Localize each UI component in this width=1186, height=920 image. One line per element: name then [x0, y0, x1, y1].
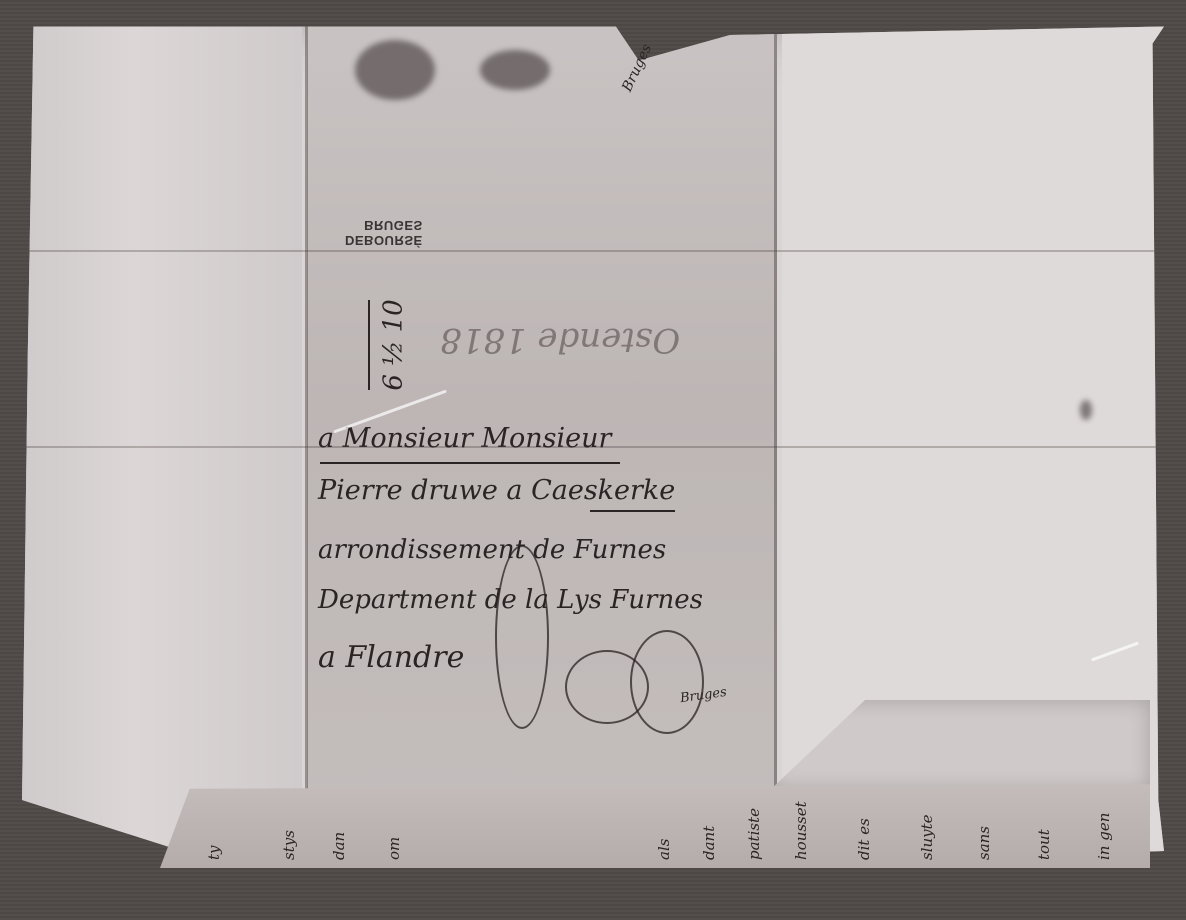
fragment-text: als — [655, 839, 673, 860]
address-line-5: a Flandre — [318, 640, 464, 675]
faint-notation: Ostende 1818 — [440, 320, 680, 360]
flourish-loop — [630, 630, 704, 734]
postal-stamp: DEBOURSÉ BRUGES — [345, 218, 423, 248]
fold-line — [22, 250, 1164, 252]
ink-stain — [480, 50, 550, 90]
address-line-1: a Monsieur Monsieur — [318, 423, 611, 454]
fragment-text: in gen — [1095, 813, 1113, 860]
fragment-text: sluyte — [918, 814, 936, 860]
fragment-text: housset — [792, 801, 810, 860]
fragment-text: tout — [1035, 829, 1053, 860]
fragment-text: stys — [280, 830, 298, 860]
address-line-3: arrondissement de Furnes — [318, 535, 666, 565]
rate-divider — [368, 300, 370, 390]
flourish-loop — [495, 545, 549, 729]
stamp-line-1: DEBOURSÉ — [345, 233, 423, 248]
ink-stain — [355, 40, 435, 100]
fragment-text: ty — [205, 845, 223, 860]
postal-rate: 6 ½ 10 — [379, 299, 409, 390]
address-line-2: Pierre druwe a Caeskerke — [318, 475, 675, 506]
fragment-text: patiste — [745, 808, 763, 860]
fragment-text: dit es — [855, 818, 873, 860]
stamp-line-2: BRUGES — [345, 218, 423, 233]
address-underline — [320, 462, 620, 464]
fragment-text: dan — [330, 832, 348, 860]
left-fold-panel — [22, 18, 302, 868]
place-underline — [590, 510, 675, 512]
ink-stain — [1080, 400, 1092, 420]
fold-line — [774, 18, 777, 868]
fragment-text: om — [385, 837, 403, 860]
fragment-text: sans — [975, 826, 993, 860]
fold-line — [305, 18, 308, 868]
fragment-text: dant — [700, 826, 718, 860]
